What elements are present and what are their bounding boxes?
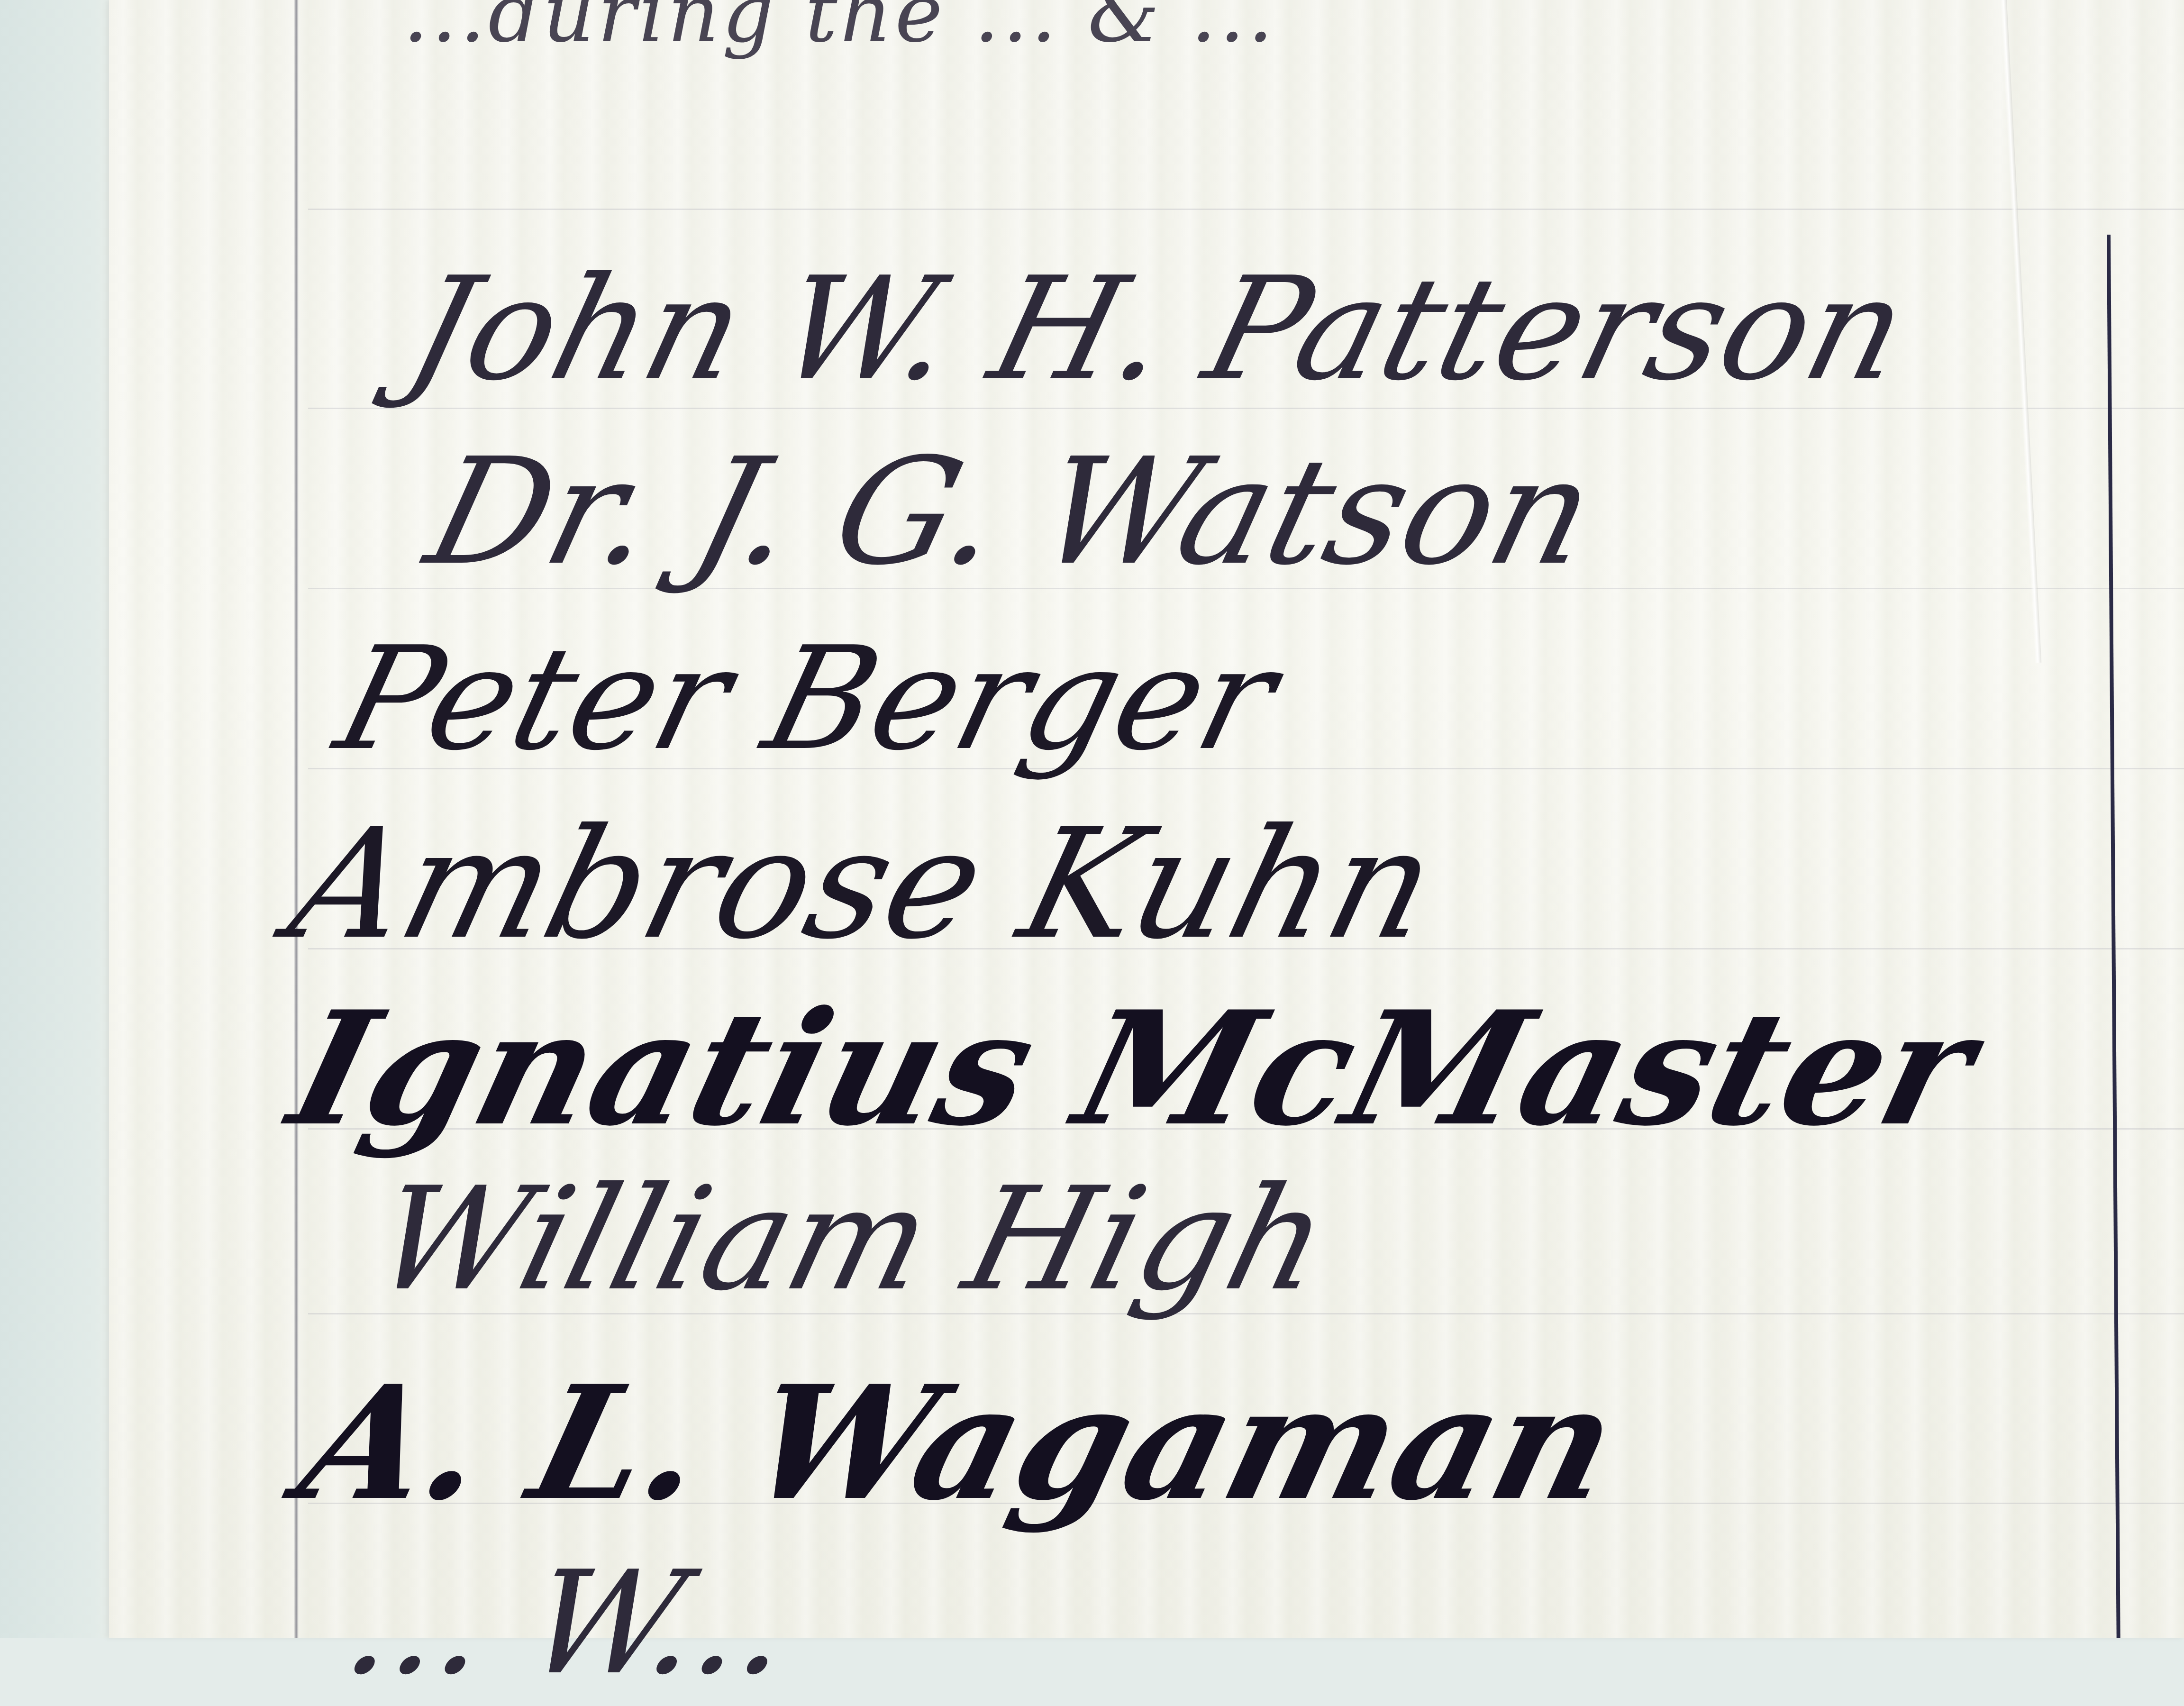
signature-ignatius-mcmaster: Ignatius McMaster	[275, 976, 1991, 1160]
ruled-line	[308, 209, 2184, 210]
signature-john-patterson: John W. H. Patterson	[393, 246, 1922, 412]
signature-william-high: William High	[360, 1157, 1344, 1322]
signature-ambrose-kuhn: Ambrose Kuhn	[275, 796, 1452, 973]
signature-peter-berger: Peter Berger	[322, 616, 1291, 782]
signature-jg-watson: Dr. J. G. Watson	[412, 427, 1610, 598]
left-margin-line	[294, 0, 299, 1638]
signature-partial-cut-off: ... W...	[332, 1541, 810, 1638]
signature-al-wagaman: A. L. Wagaman	[284, 1351, 1634, 1535]
paper-crease	[2000, 0, 2041, 663]
header-text-fragment: ...during the ... & ...	[403, 0, 1276, 61]
